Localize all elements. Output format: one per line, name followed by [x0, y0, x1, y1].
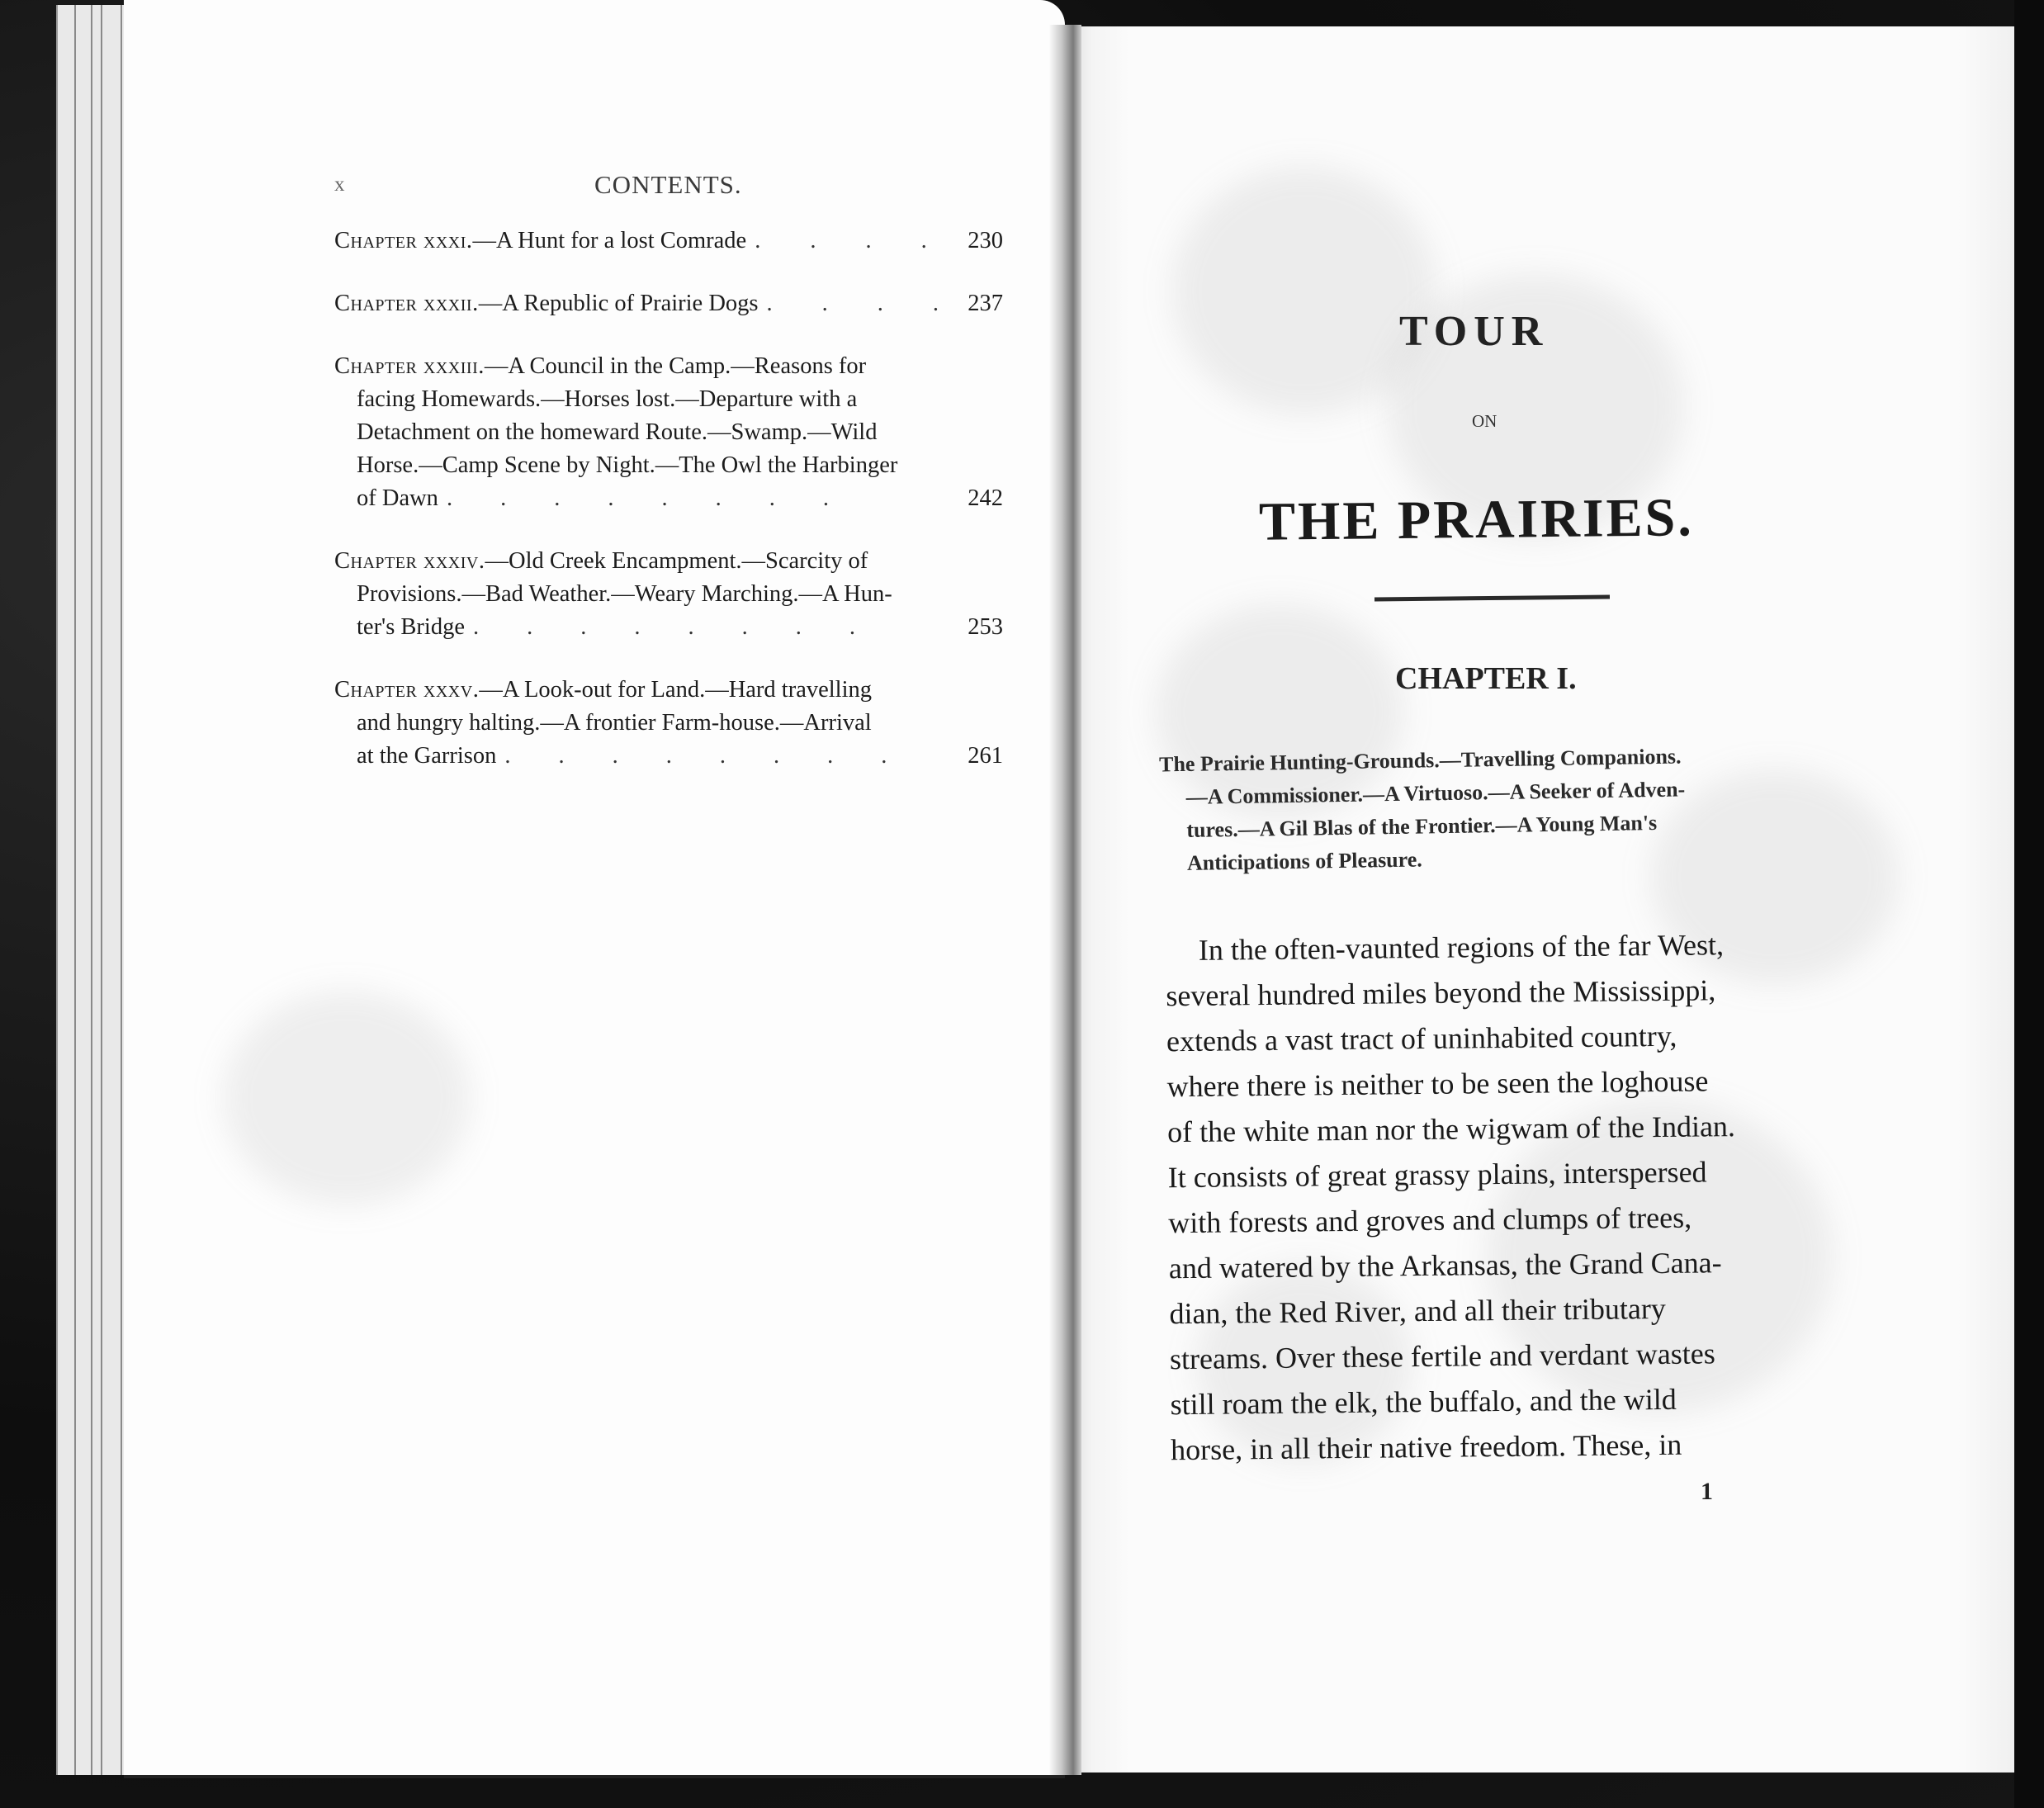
- body-line: of the white man nor the wigwam of the I…: [1167, 1103, 1837, 1155]
- page-ref: 253: [962, 611, 1003, 644]
- chapter-title-line: Detachment on the homeward Route.—Swamp.…: [357, 416, 877, 449]
- chapter-title-line: and hungry halting.—A frontier Farm-hous…: [357, 707, 872, 740]
- chapter-number: Chapter xxxiv.: [334, 548, 485, 574]
- body-line: dian, the Red River, and all their tribu…: [1169, 1285, 1838, 1337]
- dot-leader: ........: [504, 740, 953, 773]
- body-line: with forests and groves and clumps of tr…: [1168, 1194, 1838, 1246]
- body-line: still roam the elk, the buffalo, and the…: [1170, 1375, 1839, 1427]
- dot-leader: ........: [447, 482, 953, 515]
- chapter-number: Chapter xxxv.: [334, 677, 479, 703]
- chapter-number: Chapter xxxi.: [334, 225, 473, 258]
- chapter-number: Chapter xxxii.: [334, 287, 479, 320]
- chapter-title: —A Hunt for a lost Comrade: [473, 225, 747, 258]
- body-line: In the often-vaunted regions of the far …: [1166, 921, 1835, 973]
- body-line: and watered by the Arkansas, the Grand C…: [1169, 1239, 1838, 1291]
- chapter-number: Chapter xxxiii.: [334, 353, 485, 379]
- chapter-title-line: facing Homewards.—Horses lost.—Departure…: [357, 383, 857, 416]
- chapter-title: —A Look-out for Land.—Hard travelling: [479, 677, 872, 703]
- body-line: where there is neither to be seen the lo…: [1166, 1058, 1836, 1110]
- toc-entry: Chapter xxxv.—A Look-out for Land.—Hard …: [334, 674, 1003, 773]
- running-head: CONTENTS.: [594, 170, 742, 200]
- chapter-title-line: Provisions.—Bad Weather.—Weary Marching.…: [357, 578, 892, 611]
- toc-entry: Chapter xxxi. —A Hunt for a lost Comrade…: [334, 225, 1003, 258]
- title-the-prairies: THE PRAIRIES.: [1259, 486, 1695, 554]
- chapter-body-text: In the often-vaunted regions of the far …: [1166, 921, 1840, 1473]
- title-on: ON: [1472, 411, 1497, 432]
- page-ref: 237: [962, 287, 1003, 320]
- chapter-title: —A Republic of Prairie Dogs: [479, 287, 759, 320]
- page-ref: 230: [962, 225, 1003, 258]
- dot-leader: ........: [473, 611, 953, 644]
- table-of-contents: Chapter xxxi. —A Hunt for a lost Comrade…: [334, 225, 1003, 802]
- chapter-synopsis: The Prairie Hunting-Grounds.—Travelling …: [1159, 738, 1838, 881]
- chapter-heading: CHAPTER I.: [1395, 660, 1577, 697]
- page-edges-stack: [56, 5, 127, 1775]
- body-line: several hundred miles beyond the Mississ…: [1166, 967, 1835, 1019]
- toc-entry: Chapter xxxii. —A Republic of Prairie Do…: [334, 287, 1003, 320]
- body-line: streams. Over these fertile and verdant …: [1170, 1330, 1839, 1382]
- body-line: horse, in all their native freedom. Thes…: [1171, 1421, 1840, 1473]
- signature-mark: 1: [1701, 1478, 1713, 1506]
- chapter-title-line: of Dawn: [357, 482, 438, 515]
- page-ref: 261: [962, 740, 1003, 773]
- page-ref: 242: [962, 482, 1003, 515]
- dot-leader: ........: [755, 225, 953, 258]
- right-page: [1073, 26, 2014, 1773]
- chapter-title-line: Horse.—Camp Scene by Night.—The Owl the …: [357, 449, 897, 482]
- title-tour: TOUR: [1399, 307, 1549, 356]
- chapter-title-line: at the Garrison: [357, 740, 496, 773]
- book-edge-shadow: [2014, 0, 2044, 1808]
- chapter-title: —Old Creek Encampment.—Scarcity of: [485, 548, 868, 574]
- dot-leader: ........: [767, 287, 954, 320]
- toc-entry: Chapter xxxiv.—Old Creek Encampment.—Sca…: [334, 545, 1003, 644]
- chapter-title: —A Council in the Camp.—Reasons for: [485, 353, 866, 379]
- page-number: x: [334, 173, 345, 196]
- book-gutter: [1048, 25, 1081, 1775]
- body-line: It consists of great grassy plains, inte…: [1167, 1148, 1837, 1200]
- body-line: extends a vast tract of uninhabited coun…: [1166, 1012, 1836, 1064]
- toc-entry: Chapter xxxiii.—A Council in the Camp.—R…: [334, 350, 1003, 515]
- chapter-title-line: ter's Bridge: [357, 611, 465, 644]
